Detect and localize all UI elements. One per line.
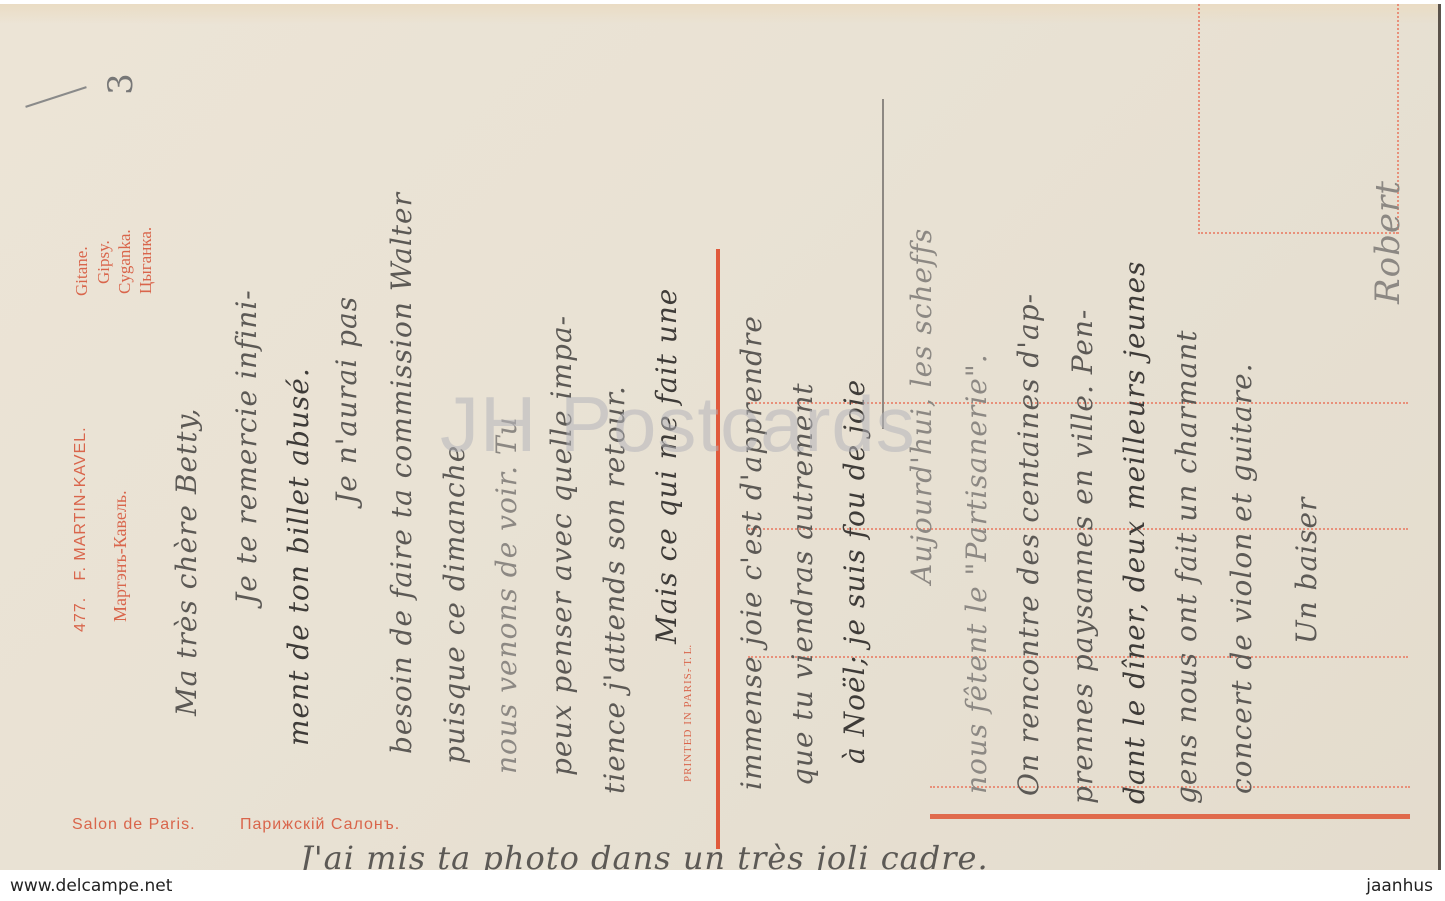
handwriting-line: dant le dîner, deux meilleurs jeunes [1118,260,1151,804]
stamp-box-left [1198,4,1200,234]
center-divider-line [716,249,720,849]
handwriting-closing: Un baiser [1290,497,1323,644]
handwriting-greeting: Ma très chère Betty, [170,407,203,716]
handwriting-line: prennes paysannes en ville. Pen- [1066,309,1099,804]
handwriting-line: besoin de faire ta commission Walter [385,192,418,754]
handwriting-bottom-line: J'ai mis ta photo dans un très joli cadr… [300,839,989,870]
salon-caption-latin: Salon de Paris. [72,816,196,834]
artist-name-cyrillic: Мартэнъ-Кавель. [110,490,131,622]
pencil-corner-note: 3 [101,73,141,95]
handwriting-signature: Robert [1368,180,1408,304]
handwriting-line: concert de violon et guitare. [1225,362,1258,794]
title-cyrillic: Цыганка. [136,227,155,294]
salon-caption-cyrillic: Парижскій Салонъ. [240,816,400,834]
printed-in-paris: PRINTED IN PARIS. [682,669,694,782]
handwriting-line: Je n'aurai pas [330,296,363,504]
artist-name-latin: F. MARTIN-KAVEL. [72,426,89,580]
catalog-number: 477. [72,597,89,632]
handwriting-line: gens nous ont fait un charmant [1170,330,1203,805]
title-gipsy: Gipsy. [94,240,113,284]
pencil-dash [25,86,86,108]
postcard-back: 3 477. F. MARTIN-KAVEL. Gitane. Gipsy. C… [0,4,1441,870]
watermark: JH Postcards [440,379,916,470]
footer-site-right: jaanhus [1366,876,1433,896]
address-underline [930,814,1410,819]
title-cyganka: Cyganka. [115,229,134,294]
handwriting-line: puisque ce dimanche [438,445,471,764]
footer-site-left: www.delcampe.net [10,876,172,896]
handwriting-line: Je te remercie infini- [230,289,263,604]
handwriting-line: On rencontre des centaines d'ap- [1012,293,1045,796]
handwriting-line: nous fêtent le "Partisanerie". [960,353,993,794]
title-gitane: Gitane. [72,246,91,296]
publisher-mark: - T. L. [682,645,694,672]
handwriting-line: ment de ton billet abusé. [282,367,315,746]
artist-caption-latin: 477. F. MARTIN-KAVEL. [72,426,90,632]
handwriting-line: nous venons de voir. Tu [490,416,523,774]
